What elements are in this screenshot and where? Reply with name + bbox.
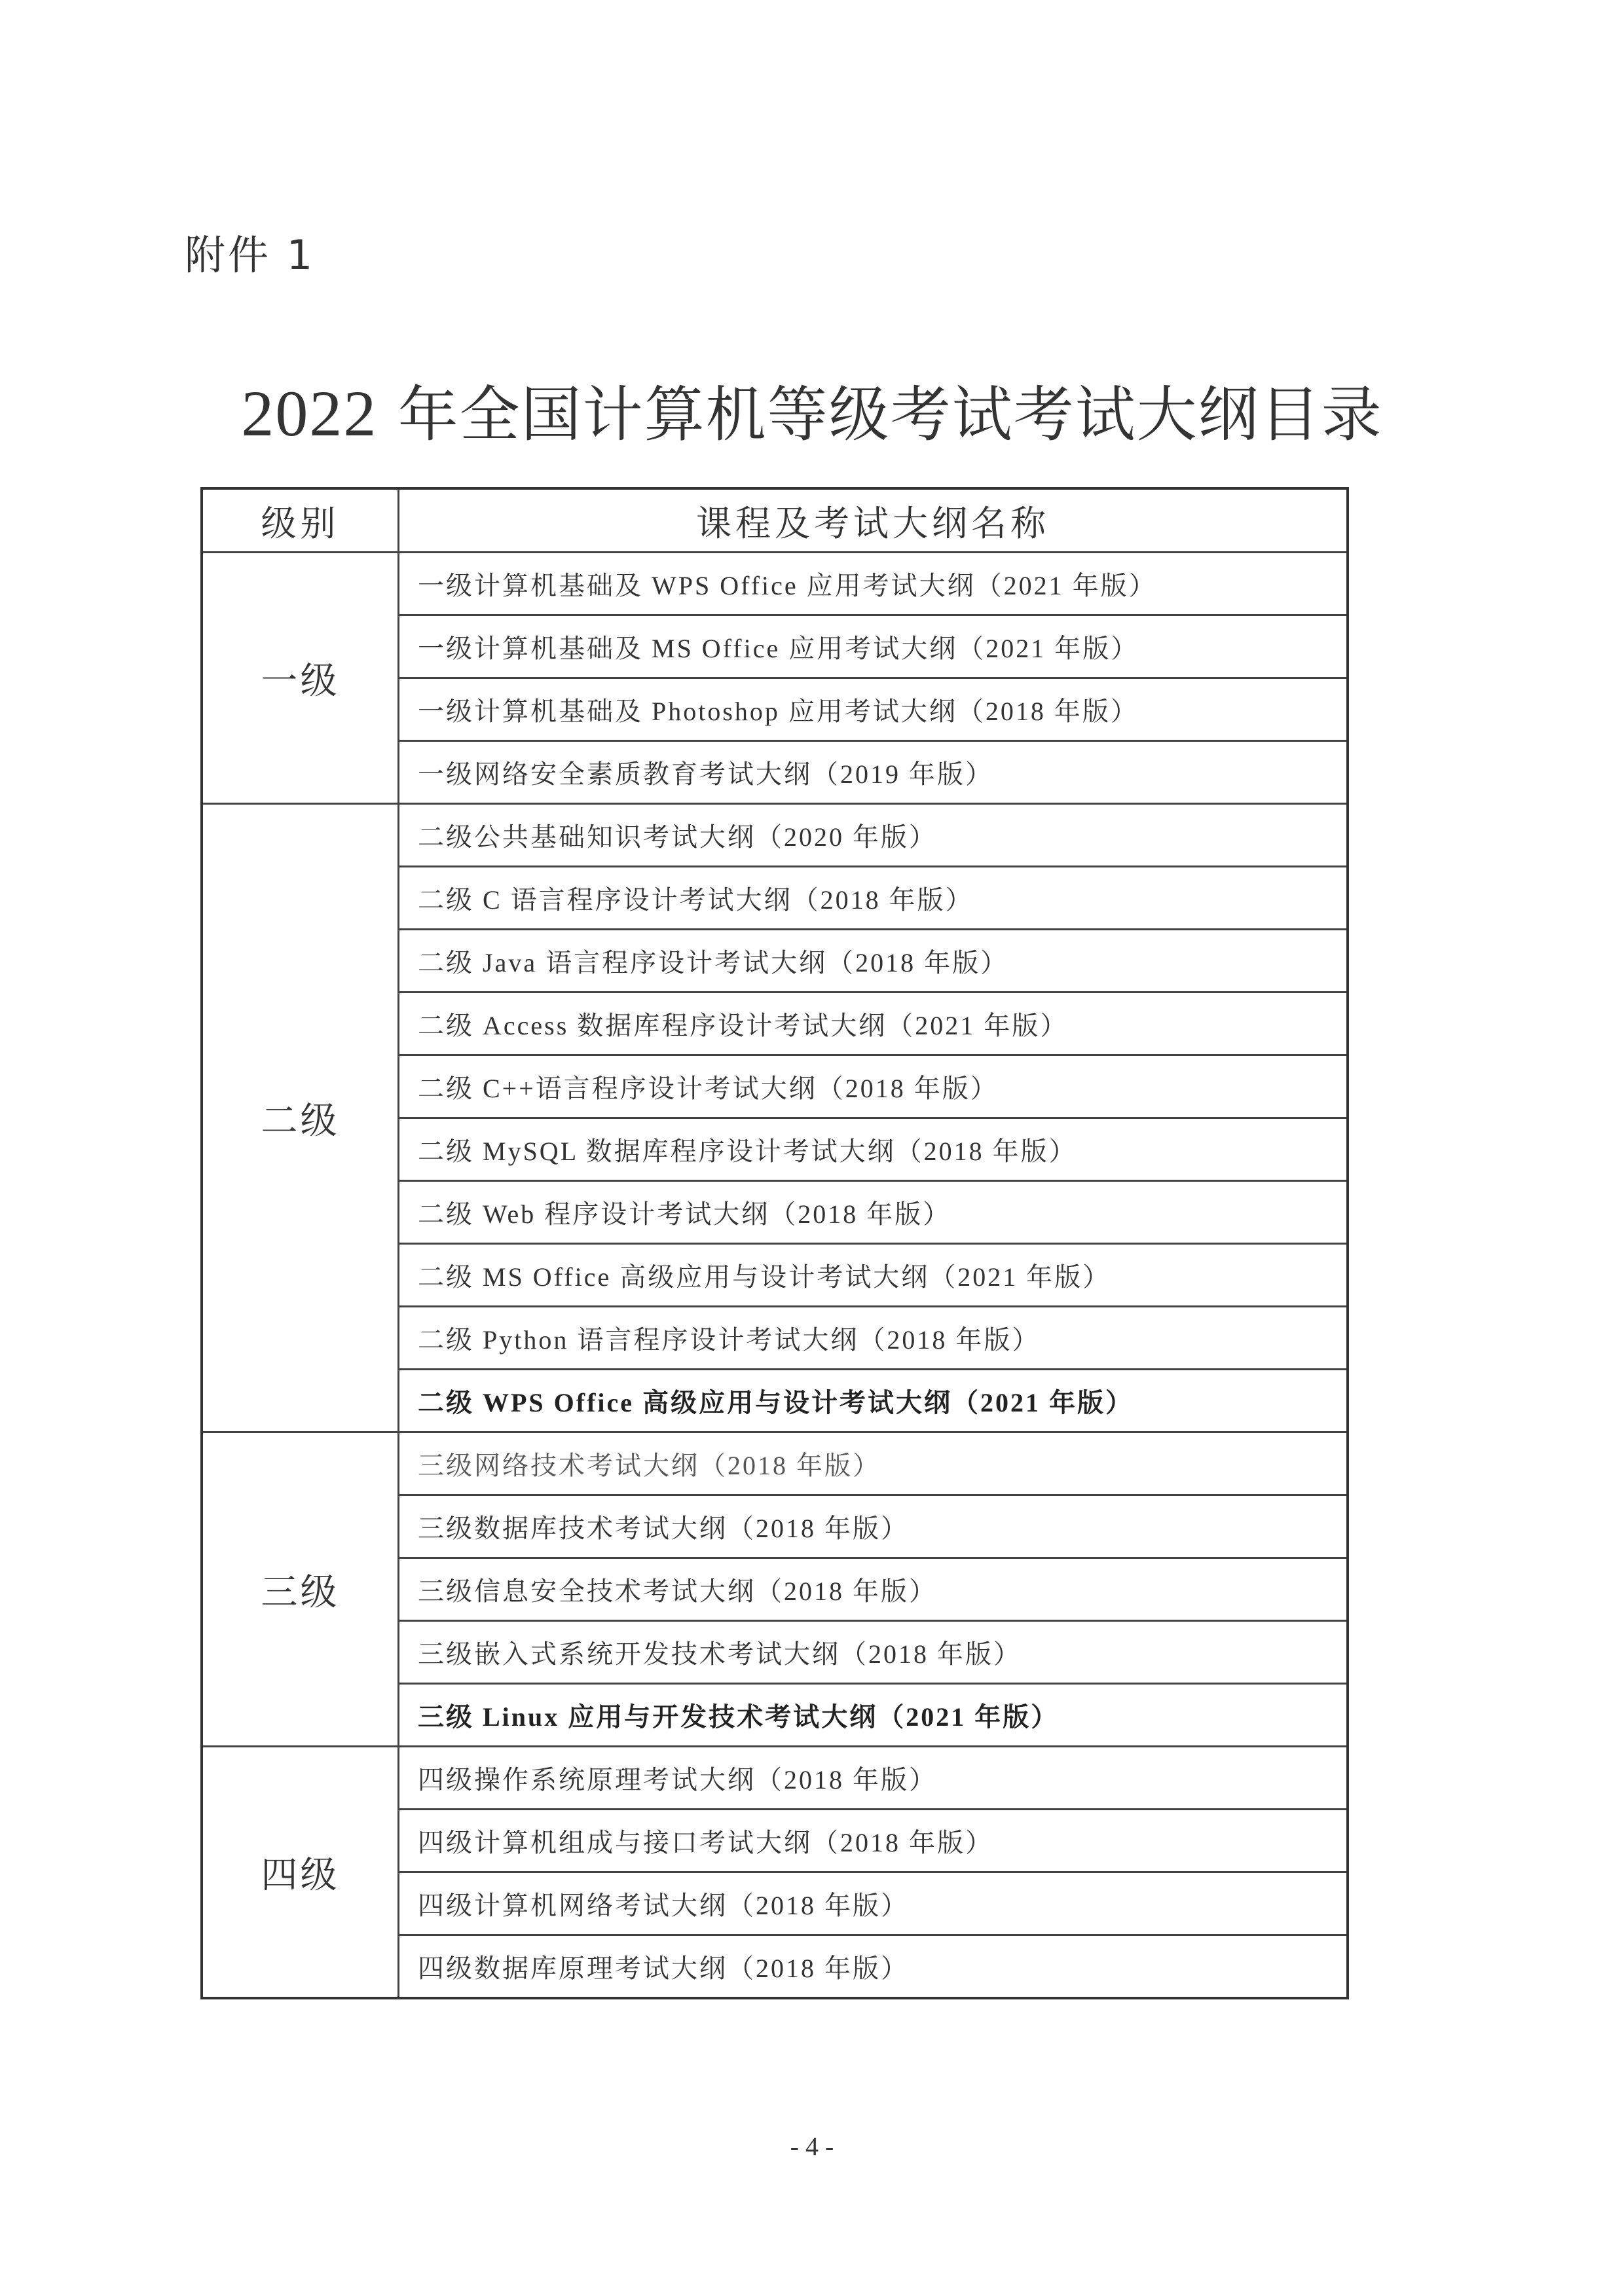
course-cell: 四级数据库原理考试大纲（2018 年版） (399, 1935, 1348, 1999)
title-text: 年全国计算机等级考试考试大纲目录 (377, 380, 1382, 450)
course-cell: 一级计算机基础及 WPS Office 应用考试大纲（2021 年版） (399, 553, 1348, 615)
column-header-level: 级别 (202, 488, 399, 553)
title-year: 2022 (241, 377, 377, 450)
table-row: 三级 三级网络技术考试大纲（2018 年版） (202, 1432, 1348, 1495)
course-cell: 二级公共基础知识考试大纲（2020 年版） (399, 804, 1348, 867)
syllabus-table: 级别 课程及考试大纲名称 一级 一级计算机基础及 WPS Office 应用考试… (200, 487, 1349, 1999)
attachment-label: 附件 1 (185, 223, 315, 281)
course-cell: 二级 Access 数据库程序设计考试大纲（2021 年版） (399, 993, 1348, 1055)
course-cell: 三级数据库技术考试大纲（2018 年版） (399, 1495, 1348, 1558)
course-cell: 一级计算机基础及 Photoshop 应用考试大纲（2018 年版） (399, 678, 1348, 741)
table-row: 二级 二级公共基础知识考试大纲（2020 年版） (202, 804, 1348, 867)
course-cell: 二级 C++语言程序设计考试大纲（2018 年版） (399, 1055, 1348, 1118)
column-header-course: 课程及考试大纲名称 (399, 488, 1348, 553)
course-cell-new: 三级 Linux 应用与开发技术考试大纲（2021 年版） (399, 1684, 1348, 1747)
page-title: 2022 年全国计算机等级考试考试大纲目录 (0, 367, 1624, 453)
course-cell: 二级 Python 语言程序设计考试大纲（2018 年版） (399, 1307, 1348, 1370)
course-cell: 二级 MS Office 高级应用与设计考试大纲（2021 年版） (399, 1244, 1348, 1307)
level-cell-1: 一级 (202, 553, 399, 804)
course-cell: 二级 Web 程序设计考试大纲（2018 年版） (399, 1181, 1348, 1244)
level-cell-2: 二级 (202, 804, 399, 1432)
course-cell: 三级嵌入式系统开发技术考试大纲（2018 年版） (399, 1621, 1348, 1684)
level-cell-3: 三级 (202, 1432, 399, 1747)
course-cell: 一级计算机基础及 MS Office 应用考试大纲（2021 年版） (399, 615, 1348, 678)
table-row: 一级 一级计算机基础及 WPS Office 应用考试大纲（2021 年版） (202, 553, 1348, 615)
course-cell: 二级 Java 语言程序设计考试大纲（2018 年版） (399, 930, 1348, 993)
course-cell: 四级操作系统原理考试大纲（2018 年版） (399, 1747, 1348, 1810)
course-cell: 四级计算机组成与接口考试大纲（2018 年版） (399, 1810, 1348, 1872)
course-cell: 三级信息安全技术考试大纲（2018 年版） (399, 1558, 1348, 1621)
course-cell: 二级 C 语言程序设计考试大纲（2018 年版） (399, 867, 1348, 930)
course-cell: 二级 MySQL 数据库程序设计考试大纲（2018 年版） (399, 1118, 1348, 1181)
table-row: 四级 四级操作系统原理考试大纲（2018 年版） (202, 1747, 1348, 1810)
course-cell-new: 二级 WPS Office 高级应用与设计考试大纲（2021 年版） (399, 1370, 1348, 1432)
level-cell-4: 四级 (202, 1747, 399, 1999)
course-cell: 一级网络安全素质教育考试大纲（2019 年版） (399, 741, 1348, 804)
course-cell: 四级计算机网络考试大纲（2018 年版） (399, 1872, 1348, 1935)
course-cell: 三级网络技术考试大纲（2018 年版） (399, 1432, 1348, 1495)
table-header-row: 级别 课程及考试大纲名称 (202, 488, 1348, 553)
page-number: - 4 - (0, 2131, 1624, 2162)
